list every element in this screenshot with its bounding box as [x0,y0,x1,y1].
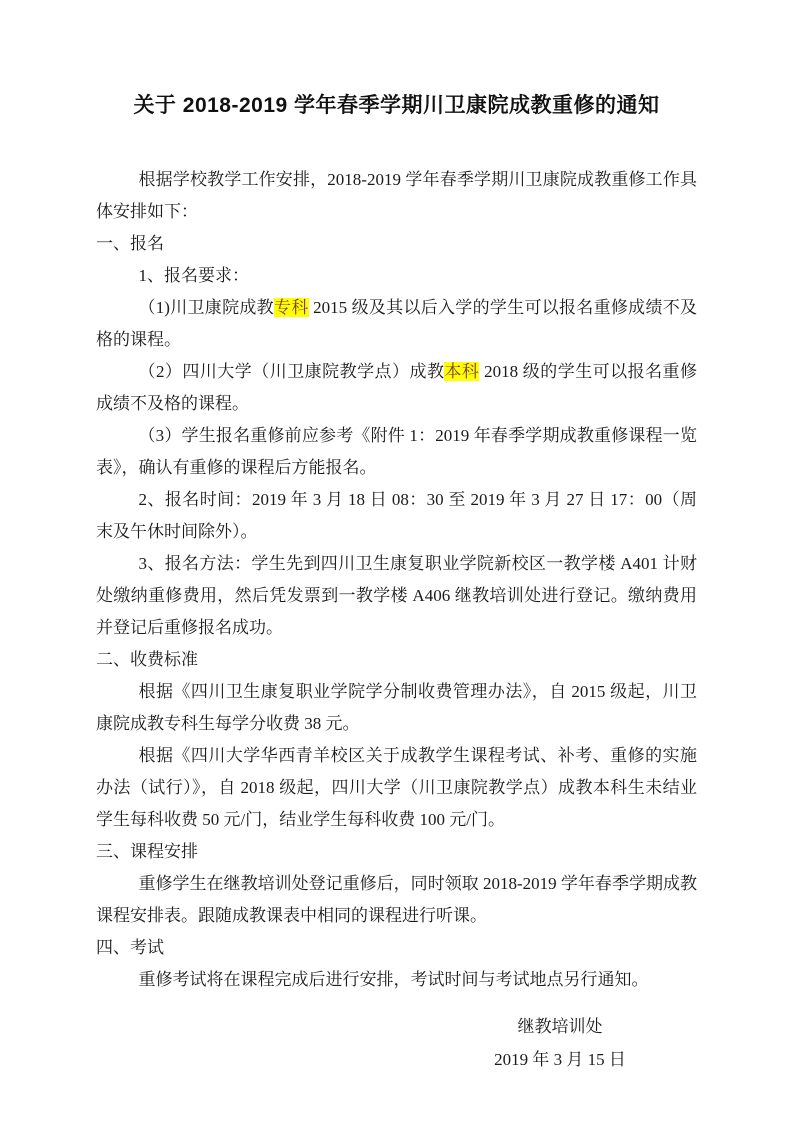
paragraph-fee-benke: 根据《四川大学华西青羊校区关于成教学生课程考试、补考、重修的实施办法（试行）》，… [96,740,697,836]
text-run: 根据学校教学工作安排，2018-2019 学年春季学期川卫康院成教重修工作具体安… [96,170,697,221]
text-run: 一、报名 [96,234,164,253]
highlight-zhuanke: 专科 [274,298,309,317]
text-run: 2、报名时间：2019 年 3 月 18 日 08：30 至 2019 年 3 … [96,490,697,541]
signature-org: 继教培训处 [423,1010,697,1043]
signature-block: 继教培训处 2019 年 3 月 15 日 [423,1010,697,1076]
text-run: （3）学生报名重修前应参考《附件 1：2019 年春季学期成教重修课程一览表》，… [96,426,697,477]
document-body: 根据学校教学工作安排，2018-2019 学年春季学期川卫康院成教重修工作具体安… [96,164,697,996]
section-heading-1: 一、报名 [96,228,697,260]
paragraph-course-arrangement: 重修学生在继教培训处登记重修后，同时领取 2018-2019 学年春季学期成教课… [96,868,697,932]
paragraph-requirement-3: （3）学生报名重修前应参考《附件 1：2019 年春季学期成教重修课程一览表》，… [96,420,697,484]
section-heading-2: 二、收费标准 [96,644,697,676]
text-run: 1、报名要求： [139,266,250,285]
paragraph-signup-requirements-label: 1、报名要求： [96,260,697,292]
text-run: （2）四川大学（川卫康院教学点）成教 [139,362,445,381]
highlight-benke: 本科 [444,362,479,381]
document-title: 关于 2018-2019 学年春季学期川卫康院成教重修的通知 [96,92,697,120]
paragraph-requirement-2: （2）四川大学（川卫康院教学点）成教本科 2018 级的学生可以报名重修成绩不及… [96,356,697,420]
text-run: 重修学生在继教培训处登记重修后，同时领取 2018-2019 学年春季学期成教课… [96,874,697,925]
text-run: 四、考试 [96,938,164,957]
text-run: 根据《四川大学华西青羊校区关于成教学生课程考试、补考、重修的实施办法（试行）》，… [96,746,697,829]
text-run: 二、收费标准 [96,650,198,669]
text-run: （1)川卫康院成教 [139,298,274,317]
text-run: 三、课程安排 [96,842,198,861]
paragraph-signup-time: 2、报名时间：2019 年 3 月 18 日 08：30 至 2019 年 3 … [96,484,697,548]
text-run: 3、报名方法：学生先到四川卫生康复职业学院新校区一教学楼 A401 计财处缴纳重… [96,554,697,637]
signature-date: 2019 年 3 月 15 日 [423,1043,697,1076]
paragraph-exam: 重修考试将在课程完成后进行安排，考试时间与考试地点另行通知。 [96,964,697,996]
paragraph-signup-method: 3、报名方法：学生先到四川卫生康复职业学院新校区一教学楼 A401 计财处缴纳重… [96,548,697,644]
text-run: 重修考试将在课程完成后进行安排，考试时间与考试地点另行通知。 [139,970,649,989]
document-page: 关于 2018-2019 学年春季学期川卫康院成教重修的通知 根据学校教学工作安… [0,0,793,1122]
paragraph-intro: 根据学校教学工作安排，2018-2019 学年春季学期川卫康院成教重修工作具体安… [96,164,697,228]
paragraph-requirement-1: （1)川卫康院成教专科 2015 级及其以后入学的学生可以报名重修成绩不及格的课… [96,292,697,356]
section-heading-4: 四、考试 [96,932,697,964]
paragraph-fee-zhuanke: 根据《四川卫生康复职业学院学分制收费管理办法》，自 2015 级起，川卫康院成教… [96,676,697,740]
section-heading-3: 三、课程安排 [96,836,697,868]
text-run: 根据《四川卫生康复职业学院学分制收费管理办法》，自 2015 级起，川卫康院成教… [96,682,697,733]
